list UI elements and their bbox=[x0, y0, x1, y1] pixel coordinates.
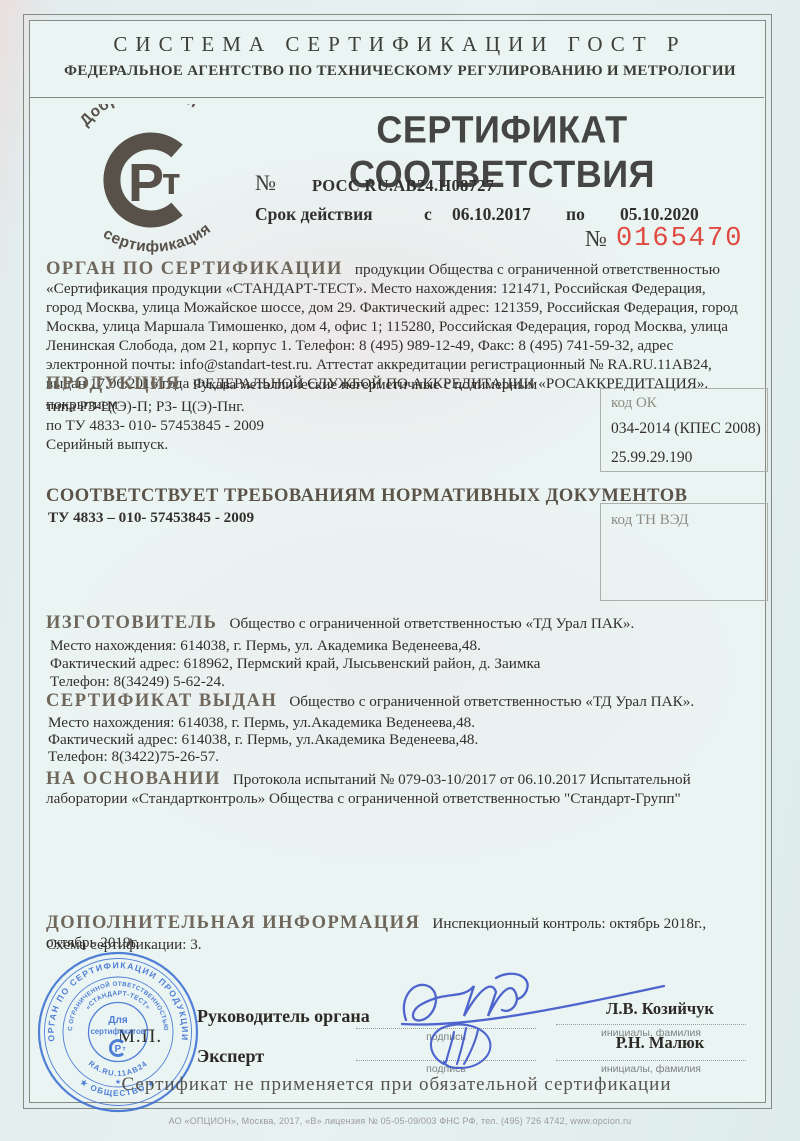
validity-label: Срок действия bbox=[255, 204, 373, 225]
expert-signature-icon bbox=[420, 1018, 512, 1072]
expert-role-label: Эксперт bbox=[197, 1046, 264, 1067]
serial-number-sign: № bbox=[585, 226, 607, 252]
manufacturer-line2: Место нахождения: 614038, г. Пермь, ул. … bbox=[50, 637, 481, 655]
manufacturer-intro: Общество с ограниченной ответственностью… bbox=[230, 615, 635, 632]
logo-top-text: Добровольная bbox=[77, 104, 201, 130]
issued-section: СЕРТИФИКАТ ВЫДАНОбщество с ограниченной … bbox=[46, 692, 746, 711]
issued-line2: Место нахождения: 614038, г. Пермь, ул.А… bbox=[48, 714, 475, 732]
basis-section: НА ОСНОВАНИИПротокола испытаний № 079-03… bbox=[46, 770, 746, 808]
header-agency-line: ФЕДЕРАЛЬНОЕ АГЕНТСТВО ПО ТЕХНИЧЕСКОМУ РЕ… bbox=[0, 63, 800, 80]
code-tnved-box: код ТН ВЭД bbox=[600, 503, 768, 601]
issued-line3: Фактический адрес: 614038, г. Пермь, ул.… bbox=[48, 731, 478, 749]
cert-number-sign: № bbox=[255, 170, 276, 196]
code-tnved-label: код ТН ВЭД bbox=[611, 512, 767, 529]
logo-t-glyph: т bbox=[162, 161, 181, 203]
serial-number-value: 0165470 bbox=[616, 224, 743, 254]
cert-number-value: РОСС RU.АВ24.Н08727 bbox=[312, 176, 494, 196]
code-ok-label: код ОК bbox=[611, 395, 767, 412]
header-system-line: СИСТЕМА СЕРТИФИКАЦИИ ГОСТ Р bbox=[0, 32, 800, 57]
conforms-text: ТУ 4833 – 010- 57453845 - 2009 bbox=[48, 509, 254, 527]
production-label: ПРОДУКЦИЯ bbox=[46, 374, 181, 394]
certification-body-label: ОРГАН ПО СЕРТИФИКАЦИИ bbox=[46, 259, 343, 279]
certification-body-text: продукции Общества с ограниченной ответс… bbox=[46, 261, 738, 392]
validity-to-label: по bbox=[566, 204, 585, 225]
basis-label: НА ОСНОВАНИИ bbox=[46, 769, 221, 789]
svg-text:Добровольная: Добровольная bbox=[77, 104, 201, 130]
validity-to-date: 05.10.2020 bbox=[620, 204, 699, 225]
production-line3: по ТУ 4833- 010- 57453845 - 2009 bbox=[46, 417, 264, 435]
expert-name-line bbox=[556, 1060, 746, 1061]
rst-logo-icon: Добровольная сертификация Р т bbox=[58, 104, 248, 256]
validity-from-label: с bbox=[424, 204, 432, 225]
code-ok-value2: 25.99.29.190 bbox=[611, 449, 767, 467]
expert-signature-ink bbox=[420, 1018, 512, 1077]
head-role-label: Руководитель органа bbox=[197, 1006, 370, 1027]
issued-line4: Телефон: 8(3422)75-26-57. bbox=[48, 748, 219, 766]
svg-text:т: т bbox=[123, 1046, 126, 1053]
code-ok-box: код ОК 034-2014 (КПЕС 2008) 25.99.29.190 bbox=[600, 388, 768, 472]
manufacturer-label: ИЗГОТОВИТЕЛЬ bbox=[46, 613, 218, 633]
certification-stamp: ОРГАН ПО СЕРТИФИКАЦИИ ПРОДУКЦИИ ★ ОБЩЕСТ… bbox=[28, 942, 208, 1127]
production-line4: Серийный выпуск. bbox=[46, 436, 168, 454]
additional-label: ДОПОЛНИТЕЛЬНАЯ ИНФОРМАЦИЯ bbox=[46, 913, 420, 933]
manufacturer-line3: Фактический адрес: 618962, Пермский край… bbox=[50, 655, 540, 673]
print-footer: АО «ОПЦИОН», Москва, 2017, «В» лицензия … bbox=[0, 1116, 800, 1126]
manufacturer-line4: Телефон: 8(34249) 5-62-24. bbox=[50, 673, 225, 691]
issued-intro: Общество с ограниченной ответственностью… bbox=[289, 693, 694, 710]
conforms-label: СООТВЕТСТВУЕТ ТРЕБОВАНИЯМ НОРМАТИВНЫХ ДО… bbox=[46, 486, 687, 507]
issued-label: СЕРТИФИКАТ ВЫДАН bbox=[46, 691, 277, 711]
manufacturer-section: ИЗГОТОВИТЕЛЬОбщество с ограниченной отве… bbox=[46, 614, 746, 633]
code-ok-value1: 034-2014 (КПЕС 2008) bbox=[611, 420, 767, 438]
logo-p-glyph: Р bbox=[128, 153, 164, 213]
validity-from-date: 06.10.2017 bbox=[452, 204, 531, 225]
stamp-mini-rst: Р т bbox=[110, 1041, 125, 1056]
bottom-note: Сертификат не применяется при обязательн… bbox=[29, 1074, 764, 1096]
stamp-center-line2: сертификатов bbox=[90, 1027, 145, 1036]
stamp-center-line1: Для bbox=[108, 1015, 127, 1026]
rst-logo: Добровольная сертификация Р т bbox=[58, 104, 248, 261]
svg-text:Р: Р bbox=[115, 1044, 122, 1055]
production-line2: типа РЗ-Ц(Э)-П; РЗ- Ц(Э)-Пнг. bbox=[46, 398, 245, 416]
certificate-page: СИСТЕМА СЕРТИФИКАЦИИ ГОСТ Р ФЕДЕРАЛЬНОЕ … bbox=[0, 0, 800, 1141]
